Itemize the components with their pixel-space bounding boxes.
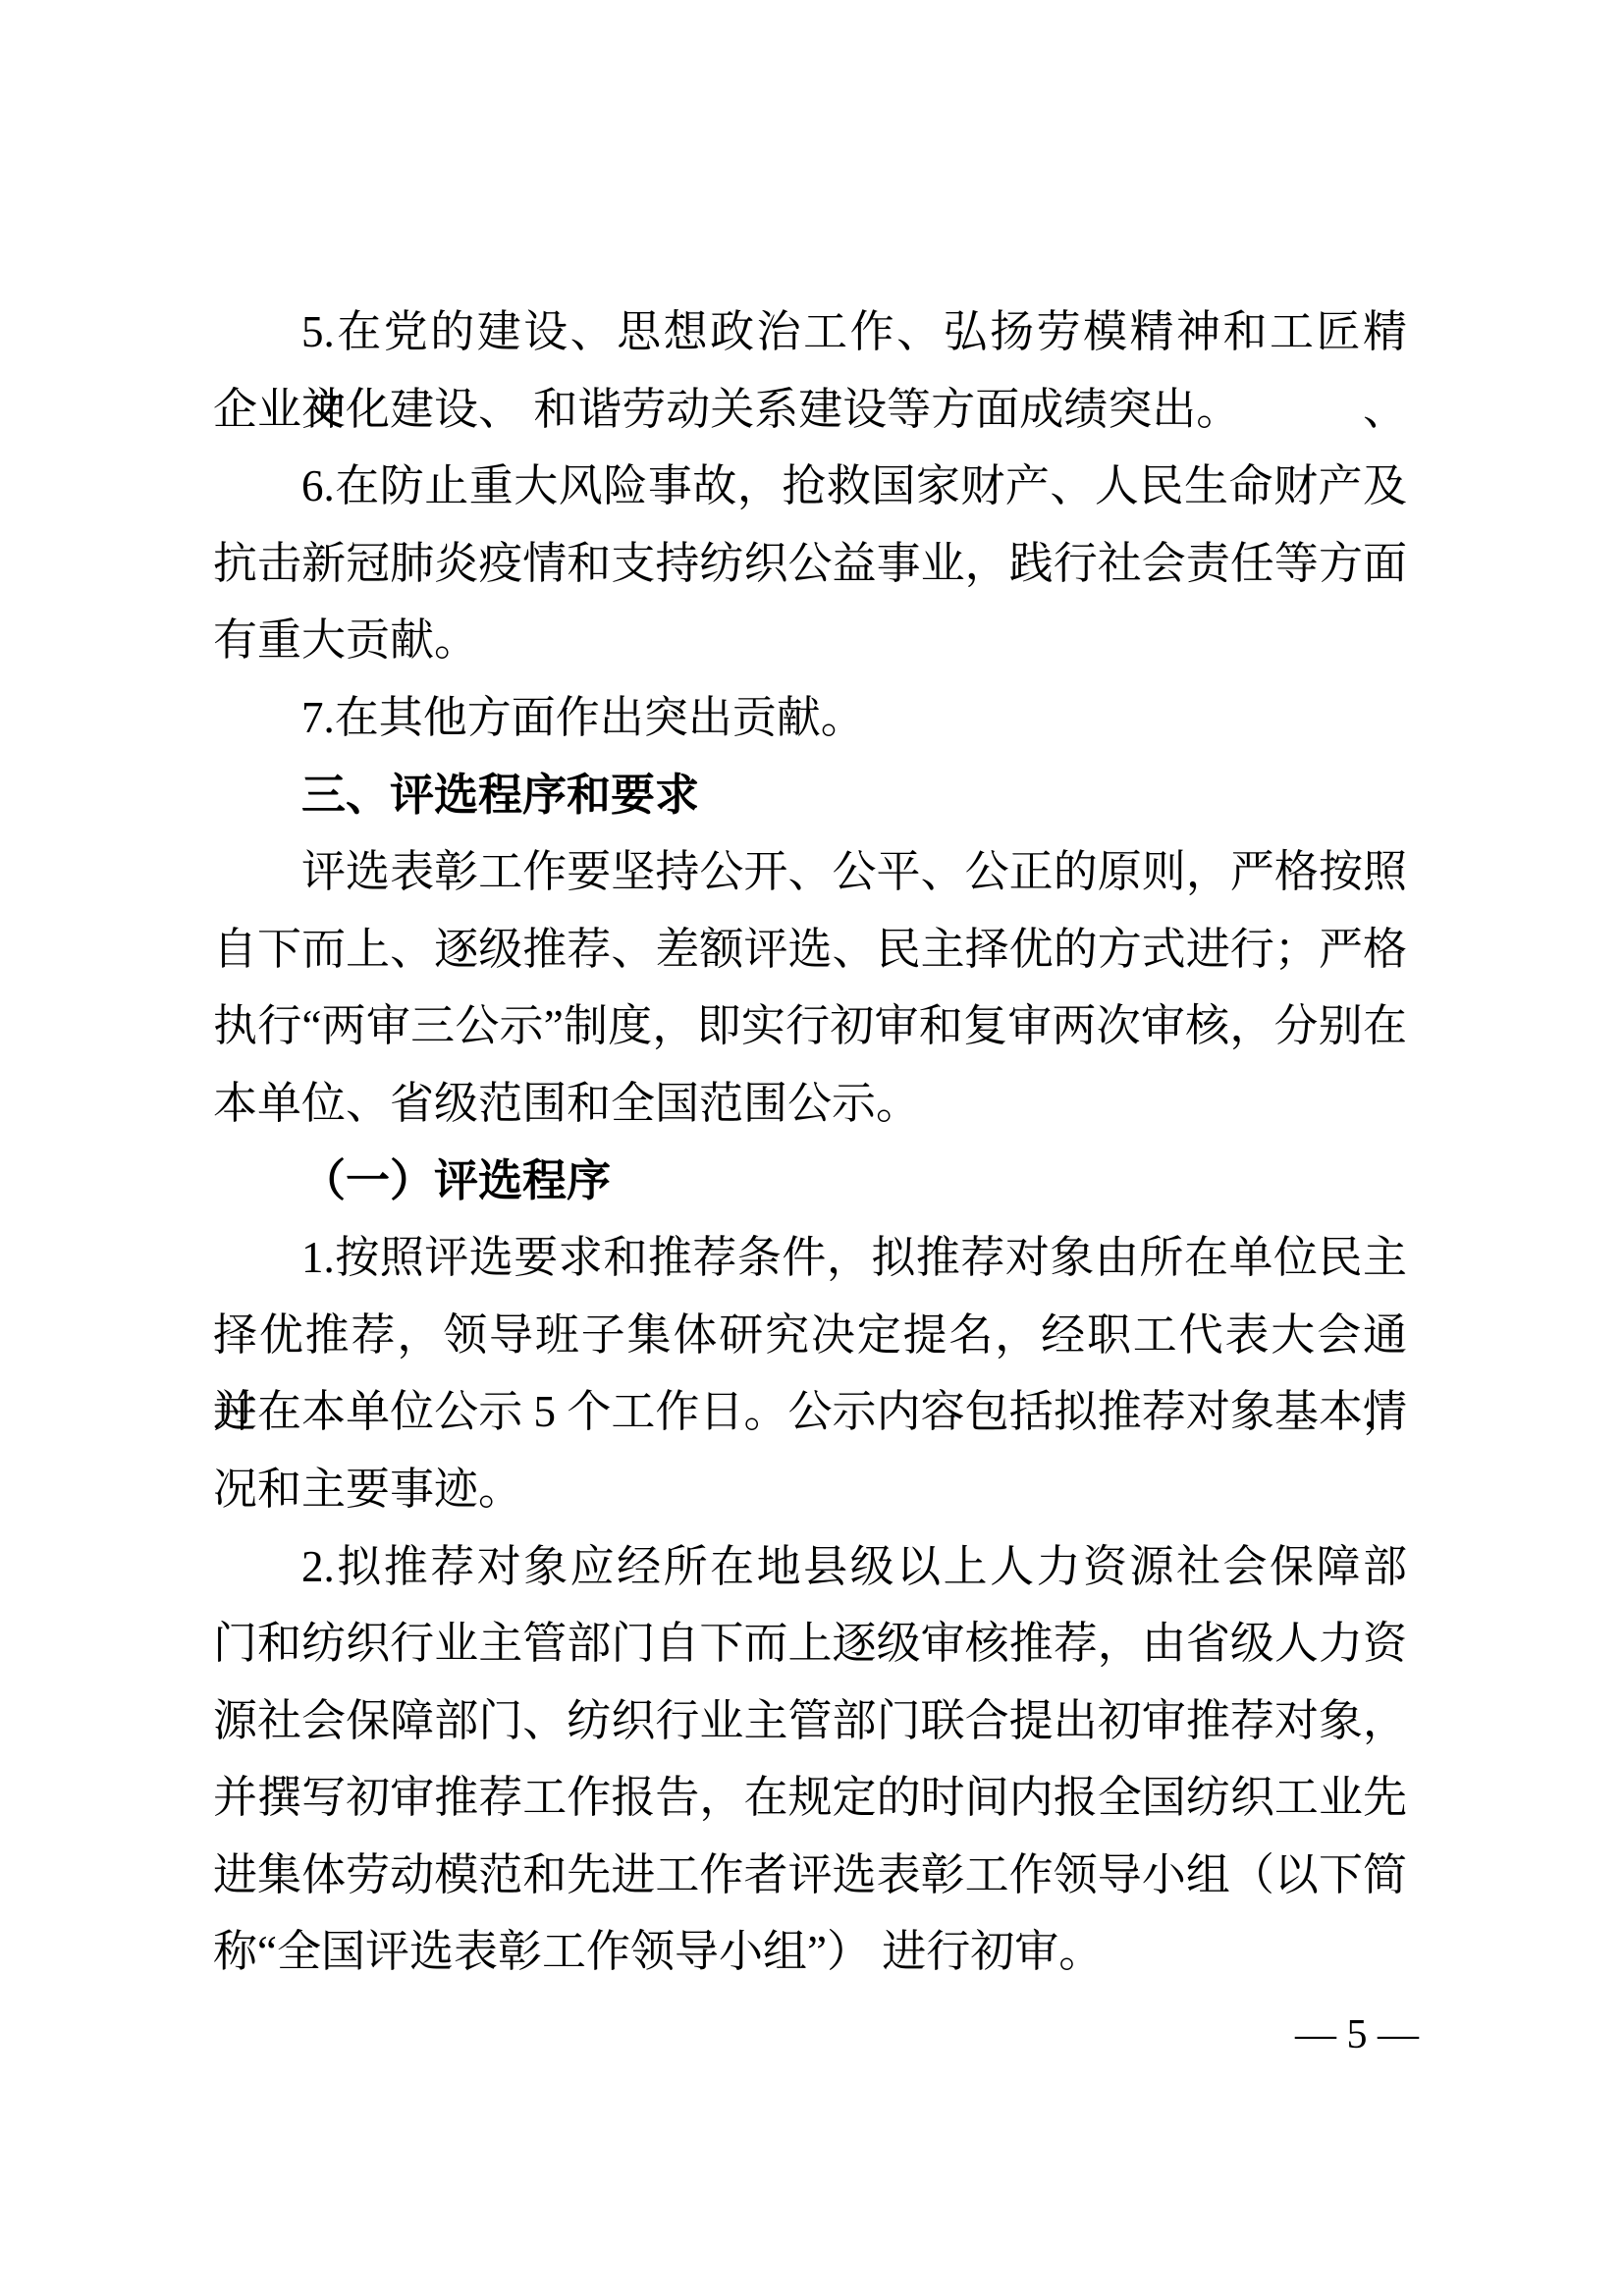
paragraph-line: 评选表彰工作要坚持公开、公平、公正的原则，严格按照 [213, 833, 1407, 911]
subsection-heading-1: （一）评选程序 [213, 1143, 1407, 1220]
paragraph-2-line: 进集体劳动模范和先进工作者评选表彰工作领导小组（以下简 [213, 1837, 1407, 1914]
document-body: 5.在党的建设、思想政治工作、弘扬劳模精神和工匠精神、 企业文化建设、 和谐劳动… [213, 294, 1407, 1991]
paragraph-1-line: 择优推荐，领导班子集体研究决定提名，经职工代表大会通过， [213, 1297, 1407, 1374]
paragraph-1-line: 1.按照评选要求和推荐条件，拟推荐对象由所在单位民主 [213, 1219, 1407, 1297]
paragraph-6-line: 抗击新冠肺炎疫情和支持纺织公益事业，践行社会责任等方面 [213, 525, 1407, 603]
paragraph-line: 自下而上、逐级推荐、差额评选、民主择优的方式进行；严格 [213, 911, 1407, 988]
document-page: 5.在党的建设、思想政治工作、弘扬劳模精神和工匠精神、 企业文化建设、 和谐劳动… [0, 0, 1624, 2296]
paragraph-6-line: 6.在防止重大风险事故，抢救国家财产、人民生命财产及 [213, 448, 1407, 525]
paragraph-5-line: 企业文化建设、 和谐劳动关系建设等方面成绩突出。 [213, 371, 1407, 449]
paragraph-2-line: 2.拟推荐对象应经所在地县级以上人力资源社会保障部 [213, 1528, 1407, 1606]
section-heading-3: 三、评选程序和要求 [213, 757, 1407, 834]
paragraph-5-line: 5.在党的建设、思想政治工作、弘扬劳模精神和工匠精神、 [213, 294, 1407, 371]
paragraph-line: 执行“两审三公示”制度，即实行初审和复审两次审核，分别在 [213, 988, 1407, 1065]
paragraph-6-line: 有重大贡献。 [213, 602, 1407, 679]
paragraph-2-line: 称“全国评选表彰工作领导小组”） 进行初审。 [213, 1913, 1407, 1991]
paragraph-line: 本单位、省级范围和全国范围公示。 [213, 1065, 1407, 1143]
paragraph-1-line: 况和主要事迹。 [213, 1451, 1407, 1528]
paragraph-2-line: 门和纺织行业主管部门自下而上逐级审核推荐，由省级人力资 [213, 1605, 1407, 1682]
paragraph-2-line: 并撰写初审推荐工作报告，在规定的时间内报全国纺织工业先 [213, 1759, 1407, 1837]
paragraph-1-line: 并在本单位公示 5 个工作日。公示内容包括拟推荐对象基本情 [213, 1373, 1407, 1451]
page-number: — 5 — [1295, 2005, 1419, 2064]
paragraph-2-line: 源社会保障部门、纺织行业主管部门联合提出初审推荐对象， [213, 1682, 1407, 1760]
paragraph-7-line: 7.在其他方面作出突出贡献。 [213, 679, 1407, 757]
